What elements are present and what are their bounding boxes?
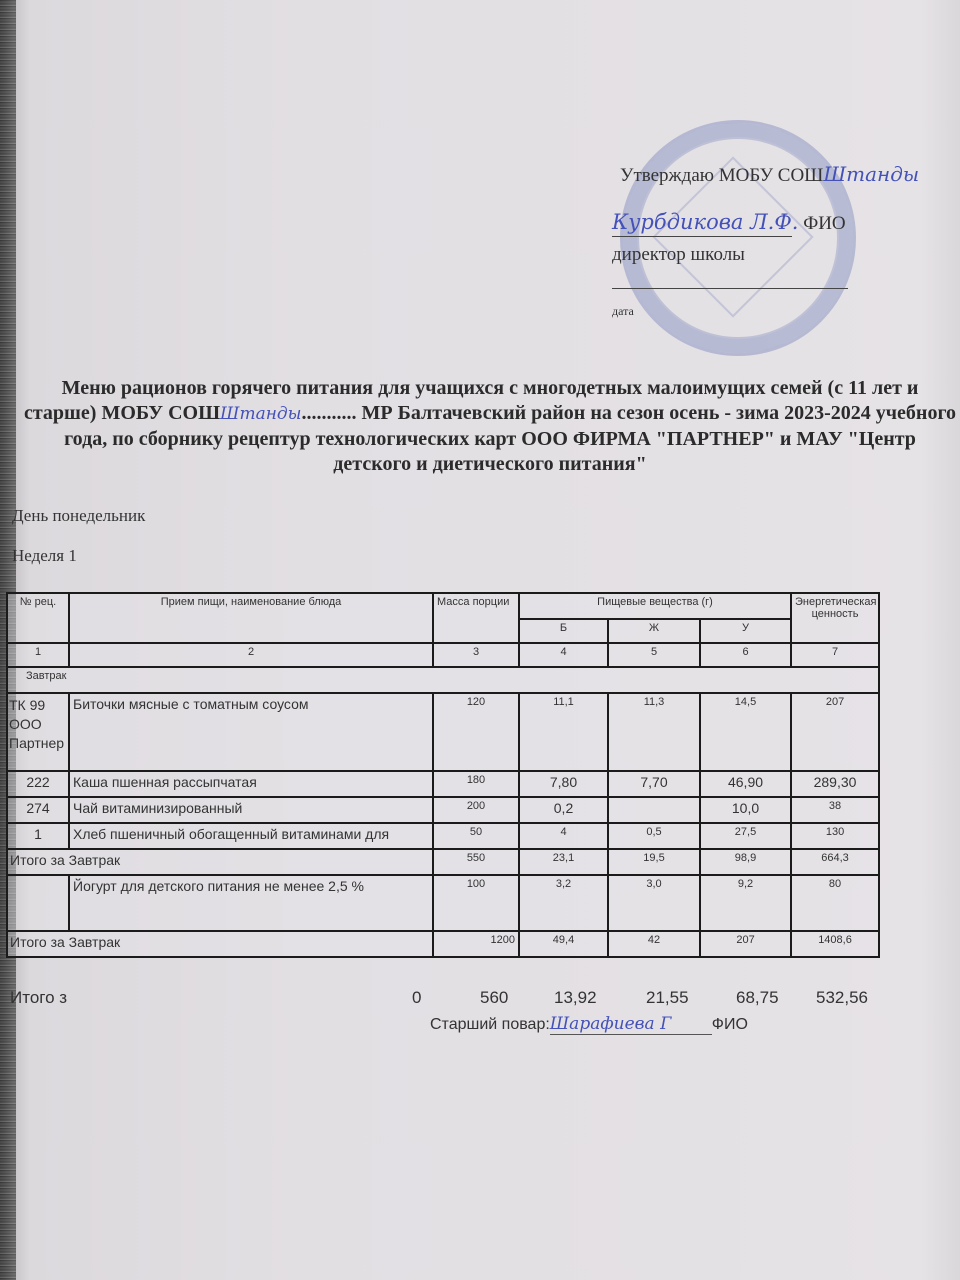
header-energy: Энергетическая ценность — [791, 593, 879, 643]
table-row: 274 Чай витаминизированный 200 0,2 10,0 … — [7, 797, 879, 823]
approve-label: Утверждаю МОБУ СОШ — [620, 165, 823, 186]
header-nutrients: Пищевые вещества (г) — [519, 593, 791, 619]
date-label: дата — [612, 304, 634, 319]
subtotal-row: Итого за Завтрак 550 23,1 19,5 98,9 664,… — [7, 849, 879, 875]
table-row: 222 Каша пшенная рассыпчатая 180 7,80 7,… — [7, 771, 879, 797]
header-fat: Ж — [608, 619, 700, 643]
day-label: День понедельник — [12, 506, 145, 526]
director-signature-line: Курбдикова Л.Ф. ФИО — [612, 210, 846, 235]
grand-total-label: Итого з — [10, 988, 67, 1008]
grand-total-energy: 532,56 — [816, 988, 868, 1008]
cook-label: Старший повар: — [430, 1016, 550, 1033]
title-line-4: детского и диетического питания" — [20, 452, 960, 477]
director-signature: Курбдикова Л.Ф. — [612, 210, 798, 234]
header-dish: Прием пищи, наименование блюда — [69, 593, 433, 643]
table-row: ТК 99 ООО Партнер Биточки мясные с томат… — [7, 693, 879, 771]
fio-label: ФИО — [803, 213, 845, 234]
table-row: 1 Хлеб пшеничный обогащенный витаминами … — [7, 823, 879, 849]
week-label: Неделя 1 — [12, 546, 77, 566]
header-mass: Масса порции — [433, 593, 519, 643]
date-underline — [612, 288, 848, 289]
table-row: Йогурт для детского питания не менее 2,5… — [7, 875, 879, 931]
grand-total-carbs: 68,75 — [736, 988, 779, 1008]
school-handwritten-title: Штанды — [220, 404, 301, 424]
director-position: директор школы — [612, 244, 745, 266]
section-breakfast: Завтрак — [7, 667, 879, 693]
document-title: Меню рационов горячего питания для учащи… — [20, 376, 960, 477]
cook-fio-label: ФИО — [712, 1016, 748, 1033]
header-recipe-no: № рец. — [7, 593, 69, 643]
column-numbers-row: 1 2 3 4 5 6 7 — [7, 643, 879, 667]
title-line-2: старше) МОБУ СОШШтанды........... МР Бал… — [20, 401, 960, 427]
cook-signature: Шарафиева Г — [550, 1014, 712, 1035]
title-line-3: года, по сборнику рецептур технологическ… — [20, 427, 960, 452]
grand-total-zero: 0 — [412, 988, 421, 1008]
header-carbs: У — [700, 619, 791, 643]
title-line-1: Меню рационов горячего питания для учащи… — [20, 376, 960, 401]
subtotal-row: Итого за Завтрак 1200 49,4 42 207 1408,6 — [7, 931, 879, 957]
menu-table: № рец. Прием пищи, наименование блюда Ма… — [6, 592, 880, 958]
school-handwritten: Штанды — [823, 162, 919, 186]
grand-total-protein: 13,92 — [554, 988, 597, 1008]
signature-underline — [612, 236, 792, 237]
cook-signature-line: Старший повар:Шарафиева ГФИО — [430, 1014, 748, 1035]
grand-total-mass: 560 — [480, 988, 508, 1008]
grand-total-fat: 21,55 — [646, 988, 689, 1008]
approval-line: Утверждаю МОБУ СОШШтанды — [620, 162, 919, 187]
header-protein: Б — [519, 619, 608, 643]
